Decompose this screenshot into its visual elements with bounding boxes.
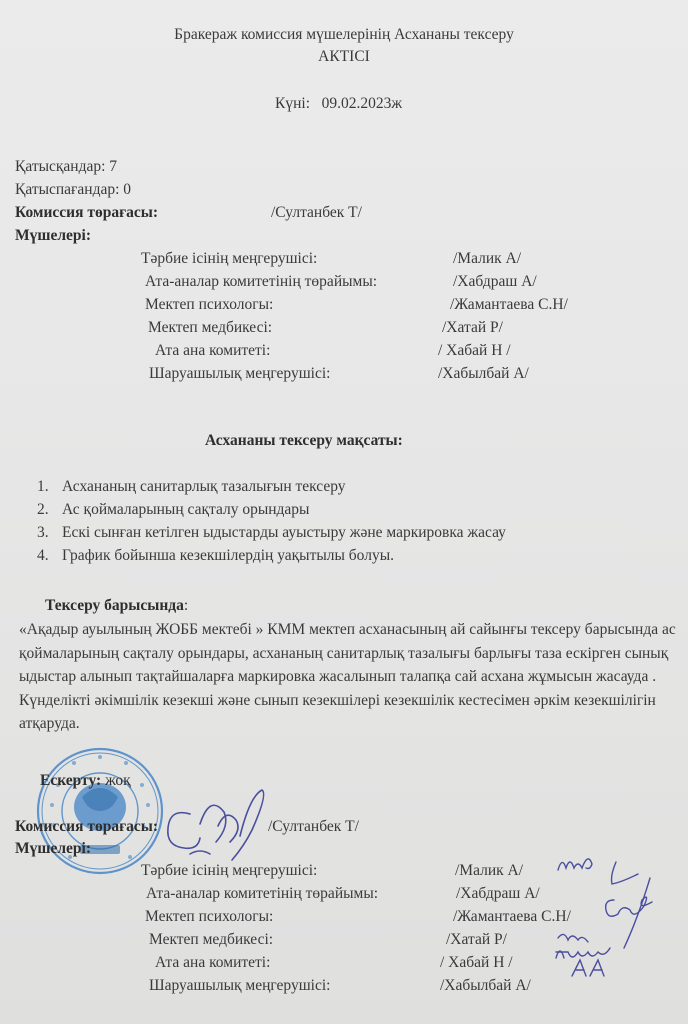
goals-heading: Асхананы тексеру мақсаты: [205, 432, 403, 450]
process-heading-line: Тексеру барысында: [45, 597, 188, 615]
members-label: Мүшелері: [15, 227, 91, 245]
member-role: Мектеп психологы: [145, 296, 273, 314]
member-name: /Жамантаева С.Н/ [450, 296, 568, 314]
member-signatures-icon [550, 848, 688, 1008]
member-name: /Хатай Р/ [442, 319, 503, 337]
sig-members-label: Мүшелері: [15, 840, 91, 858]
sig-member-name: /Хабылбай А/ [440, 977, 531, 995]
goal-number: 2. [37, 501, 49, 519]
sig-member-role: Мектеп медбикесі: [149, 931, 273, 949]
note-value: жоқ [105, 772, 131, 789]
absent-count: Қатыспағандар: 0 [15, 181, 131, 199]
process-heading: Тексеру барысында [45, 597, 184, 614]
member-role: Тәрбие ісінің меңгерушісі: [141, 250, 317, 268]
member-name: / Хабай Н / [438, 342, 511, 360]
member-name: /Малик А/ [453, 250, 521, 268]
goal-text: Ас қоймаларының сақталу орындары [62, 501, 309, 519]
goal-number: 4. [37, 547, 49, 565]
goal-text: Асхананың санитарлық тазалығын тексеру [62, 478, 346, 496]
sig-member-role: Ата-аналар комитетінің төрайымы: [146, 885, 378, 903]
member-role: Шаруашылық меңгерушісі: [149, 365, 330, 383]
process-text: «Ақадыр ауылының ЖОББ мектебі » КММ мект… [19, 618, 679, 736]
chair-signature-icon [160, 784, 270, 868]
present-count: Қатысқандар: 7 [15, 158, 117, 176]
sig-member-role: Ата ана комитеті: [155, 954, 270, 972]
goal-number: 3. [37, 524, 49, 542]
sig-member-role: Тәрбие ісінің меңгерушісі: [141, 862, 317, 880]
member-role: Мектеп медбикесі: [148, 319, 272, 337]
member-role: Ата ана комитеті: [155, 342, 270, 360]
date-value: 09.02.2023ж [322, 95, 402, 112]
sig-member-role: Мектеп психологы: [145, 908, 273, 926]
note-label: Ескерту: [40, 772, 101, 789]
document-title: Бракераж комиссия мүшелерінің Асхананы т… [0, 26, 688, 44]
process-colon: : [184, 597, 188, 614]
goal-text: График бойынша кезекшілердің уақытылы бо… [62, 547, 394, 565]
sig-member-role: Шаруашылық меңгерушісі: [149, 977, 330, 995]
member-name: /Хабылбай А/ [438, 365, 529, 383]
sig-member-name: /Хабдраш А/ [456, 885, 540, 903]
member-role: Ата-аналар комитетінің төрайымы: [145, 273, 377, 291]
sig-member-name: /Малик А/ [455, 862, 523, 880]
member-name: /Хабдраш А/ [453, 273, 537, 291]
goal-number: 1. [37, 478, 49, 496]
note-line: Ескерту: жоқ [40, 772, 131, 790]
sig-chair-label: Комиссия төрағасы: [15, 818, 158, 836]
document-date: Күні: 09.02.2023ж [275, 95, 402, 113]
sig-chair-name: /Султанбек Т/ [268, 818, 359, 836]
sig-member-name: /Хатай Р/ [446, 931, 507, 949]
goal-text: Ескі сынған кетілген ыдыстарды ауыстыру … [62, 524, 506, 542]
date-label: Күні: [275, 95, 310, 112]
document-subtitle: АКТІСІ [0, 48, 688, 66]
chair-label: Комиссия төрағасы: [15, 204, 158, 222]
chair-name: /Султанбек Т/ [271, 204, 362, 222]
sig-member-name: / Хабай Н / [440, 954, 513, 972]
